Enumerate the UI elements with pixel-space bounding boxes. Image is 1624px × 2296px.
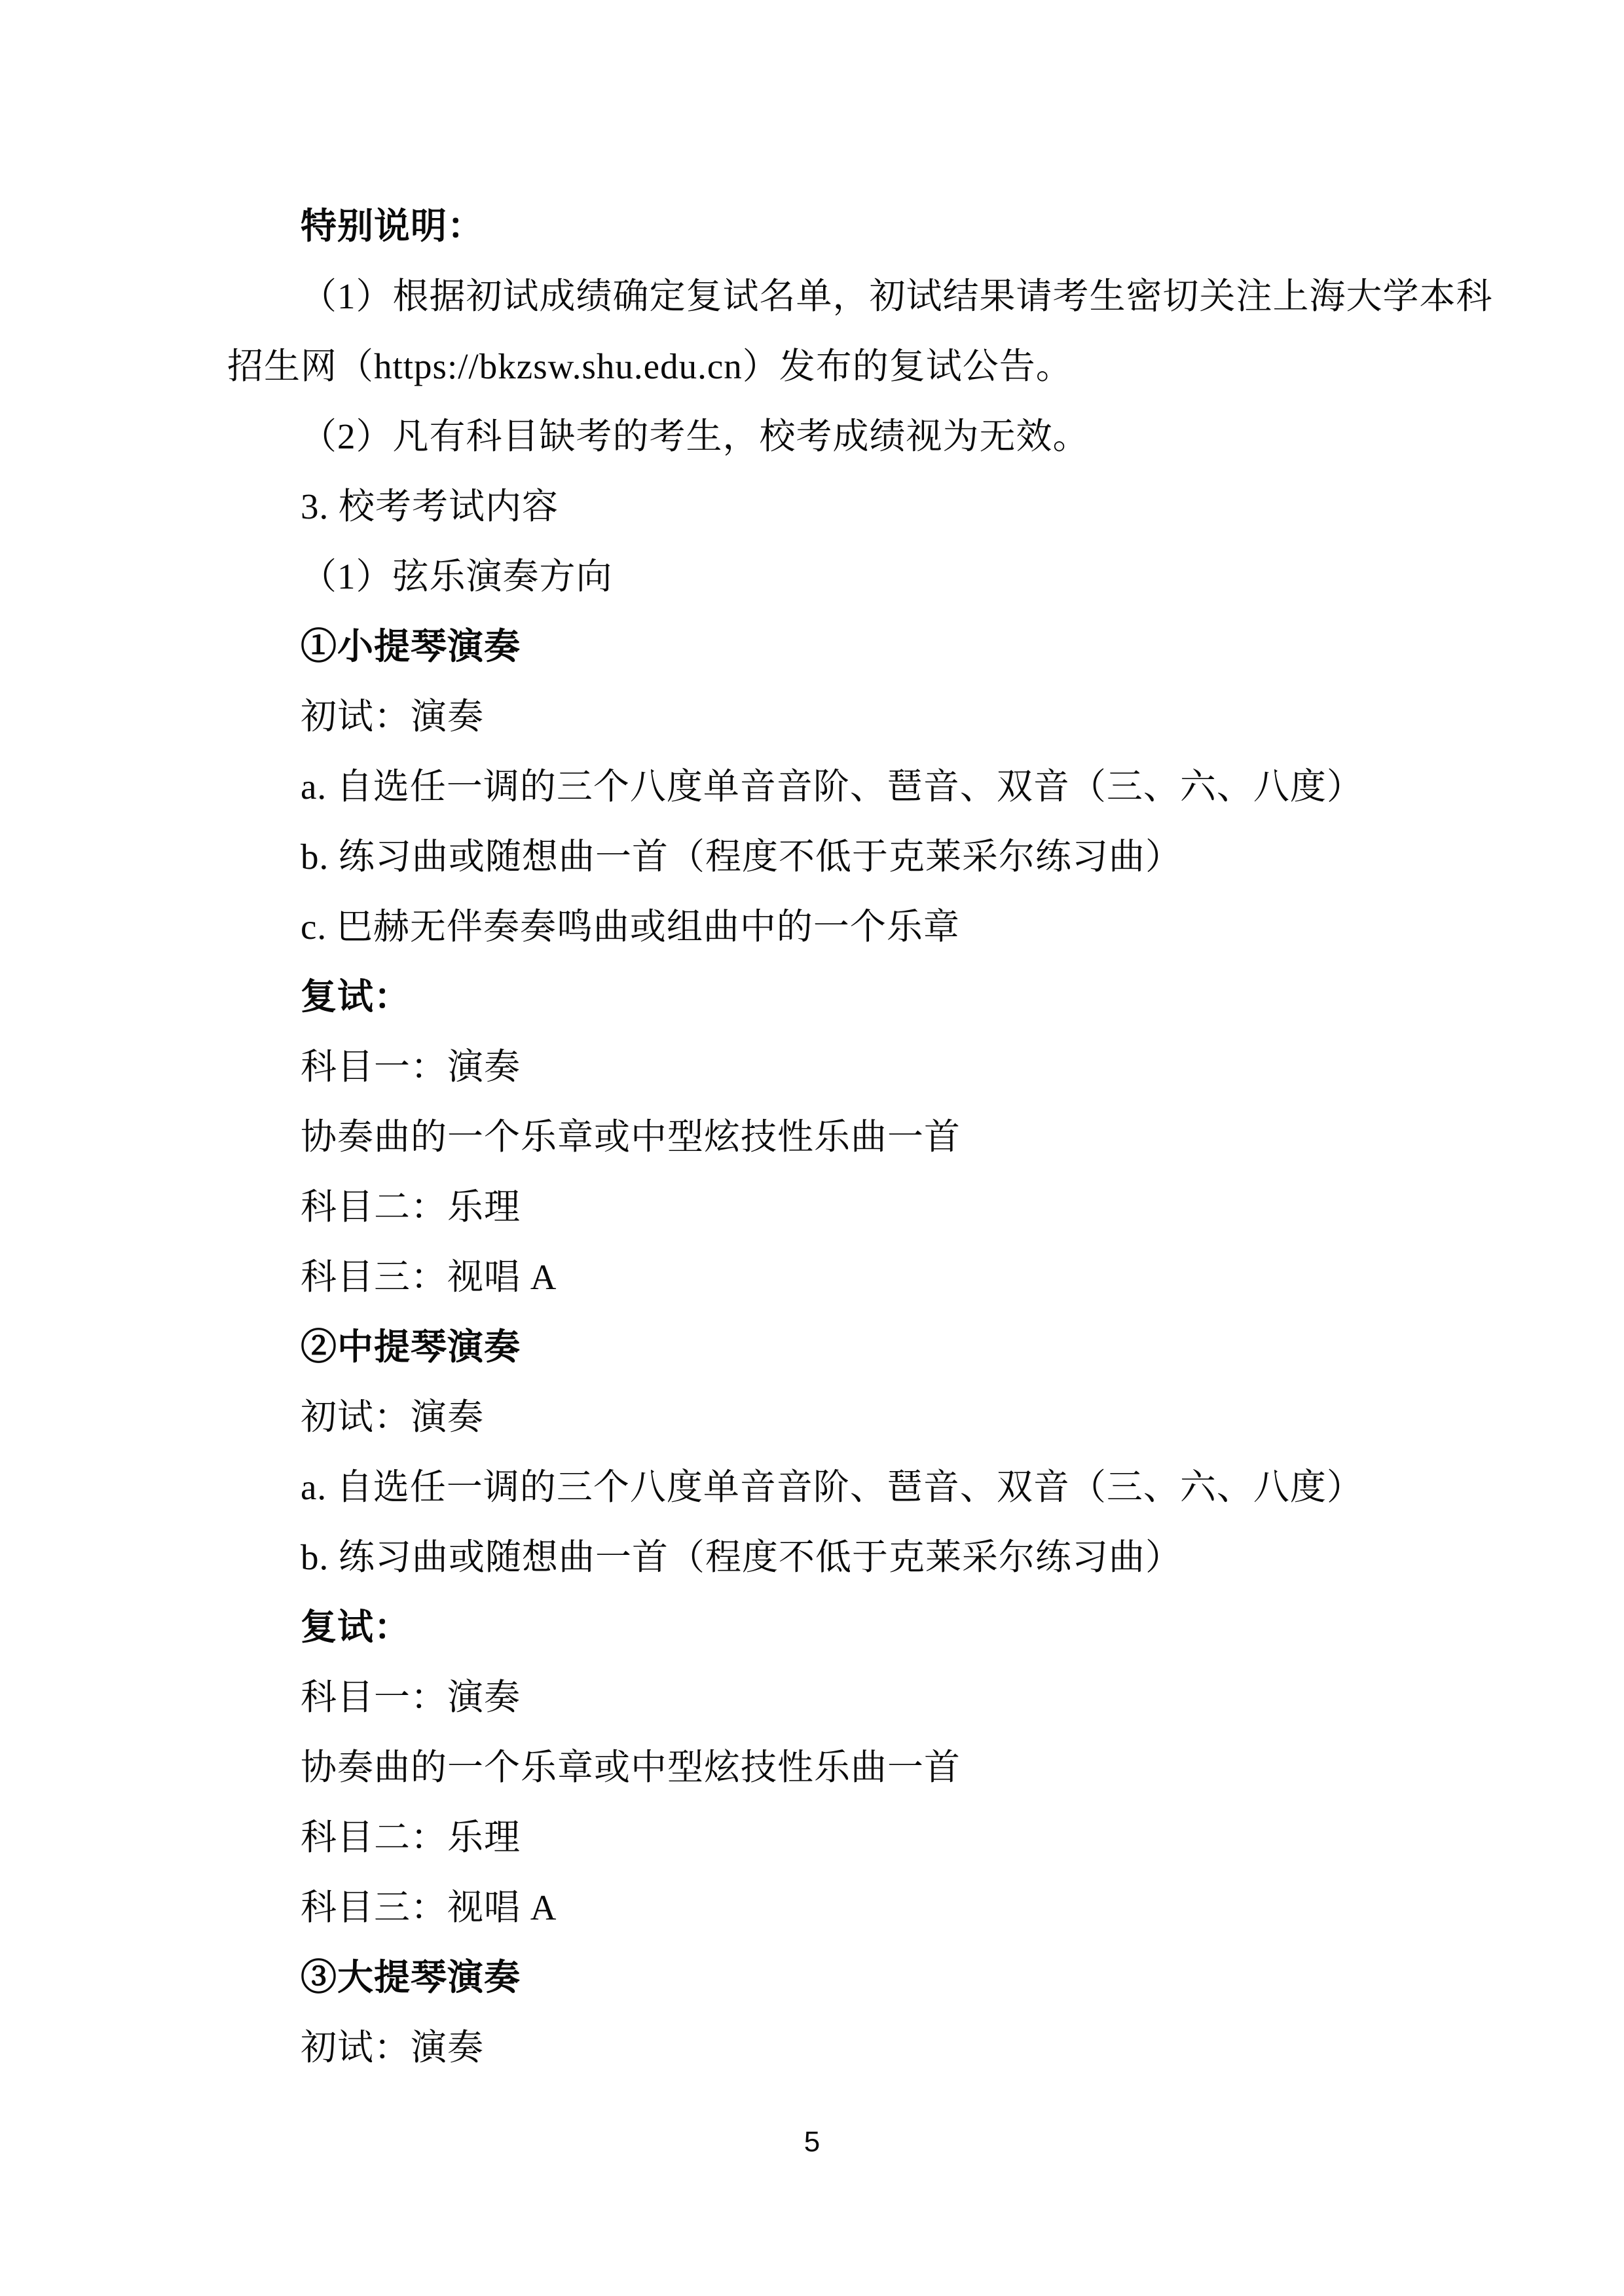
page-number: 5: [0, 2123, 1624, 2162]
doc-line: （1）弦乐演奏方向: [227, 541, 1397, 611]
doc-line: 特别说明：: [227, 191, 1397, 261]
doc-line: 复试：: [227, 1592, 1397, 1662]
doc-line: a. 自选任一调的三个八度单音音阶、琶音、双音（三、六、八度）: [227, 752, 1397, 822]
doc-line: c. 巴赫无伴奏奏鸣曲或组曲中的一个乐章: [227, 892, 1397, 962]
doc-line: （1）根据初试成绩确定复试名单，初试结果请考生密切关注上海大学本科: [227, 261, 1397, 331]
doc-line: 3. 校考考试内容: [227, 471, 1397, 541]
doc-line: 科目三：视唱 A: [227, 1872, 1397, 1942]
doc-line: 协奏曲的一个乐章或中型炫技性乐曲一首: [227, 1102, 1397, 1172]
doc-line: 科目三：视唱 A: [227, 1242, 1397, 1312]
doc-line: （2）凡有科目缺考的考生，校考成绩视为无效。: [227, 401, 1397, 471]
doc-line: 科目二：乐理: [227, 1172, 1397, 1242]
doc-line: 科目一：演奏: [227, 1662, 1397, 1732]
document-body: 特别说明：（1）根据初试成绩确定复试名单，初试结果请考生密切关注上海大学本科招生…: [227, 191, 1397, 2083]
doc-line: 科目二：乐理: [227, 1802, 1397, 1872]
doc-line: 科目一：演奏: [227, 1032, 1397, 1102]
doc-line: 初试：演奏: [227, 2013, 1397, 2083]
doc-line: 初试：演奏: [227, 1382, 1397, 1452]
doc-line: 招生网（https://bkzsw.shu.edu.cn）发布的复试公告。: [227, 331, 1397, 401]
doc-line: ①小提琴演奏: [227, 611, 1397, 682]
doc-line: ③大提琴演奏: [227, 1942, 1397, 2013]
doc-line: 复试：: [227, 962, 1397, 1032]
document-page: 特别说明：（1）根据初试成绩确定复试名单，初试结果请考生密切关注上海大学本科招生…: [0, 0, 1624, 2296]
doc-line: 初试：演奏: [227, 682, 1397, 752]
doc-line: ②中提琴演奏: [227, 1312, 1397, 1382]
doc-line: b. 练习曲或随想曲一首（程度不低于克莱采尔练习曲）: [227, 1522, 1397, 1592]
doc-line: 协奏曲的一个乐章或中型炫技性乐曲一首: [227, 1732, 1397, 1802]
doc-line: b. 练习曲或随想曲一首（程度不低于克莱采尔练习曲）: [227, 822, 1397, 892]
doc-line: a. 自选任一调的三个八度单音音阶、琶音、双音（三、六、八度）: [227, 1452, 1397, 1522]
